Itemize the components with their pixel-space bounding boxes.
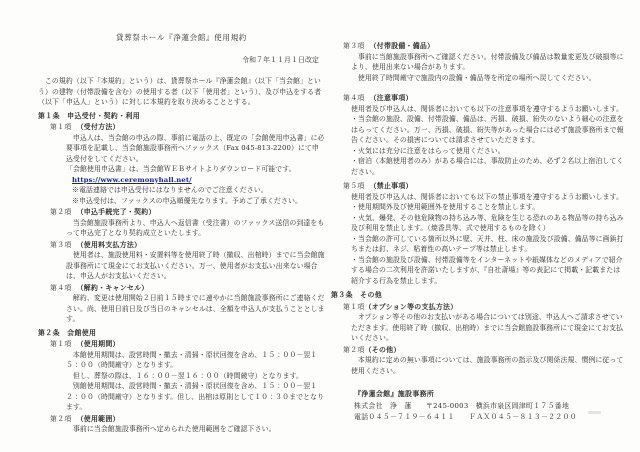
article3-heading: 第３条 その他 — [331, 290, 624, 301]
clause-title: （注意事項） — [370, 94, 413, 102]
clause-heading: 第２項（使用範囲） — [38, 414, 325, 425]
article1-heading: 第１条 申込受付・契約・利用 — [38, 111, 325, 122]
paragraph: 当会館施設事務所より、申込人へ返信書（受注書）のファックス送信の到達をもって申込… — [66, 218, 325, 239]
clause-heading: 第４項（解約・キャンセル） — [38, 283, 325, 294]
clause-payment: 第３項（使用料支払方法） 使用者は、施設使用料・安置料等を使用終了時（撤収、出棺… — [38, 240, 325, 282]
clause-label: 第２項 — [50, 415, 72, 423]
revision-date: 令和７年１１月１日改定 — [38, 55, 325, 66]
article2-heading: 第２条 会館使用 — [38, 328, 325, 339]
clause-heading: 第２項（申込手続完了・契約） — [38, 207, 325, 218]
clause-title: （使用料支払方法） — [77, 241, 142, 249]
clause-label: 第１項 — [50, 340, 72, 348]
clause-label: 第５項 — [343, 182, 365, 190]
paragraph: 「会館使用申込書」は、当会館ＷＥＢサイトよりダウンロード可能です。 — [66, 164, 325, 175]
clause-label: 第１項 — [50, 123, 72, 131]
clause-title: （オプション等の支払方法） — [365, 303, 458, 311]
clause-cancel: 第４項（解約・キャンセル） 解約、変更は使用開始２日前１５時までに速やかに当館施… — [38, 283, 325, 325]
bullet-item: ・宿泊（本館使用者のみ）がある場合には、事故防止のため、必ず２名以上宿泊してくだ… — [351, 156, 624, 177]
page-title: 貸葬祭ホール『浄蓮会館』使用規約 — [38, 33, 325, 44]
clause-title: （その他） — [365, 346, 401, 354]
scan-artifact — [588, 411, 601, 414]
office-name: 『浄蓮会館』施設事務所 — [354, 389, 624, 400]
right-column: 第３項（付帯設備・備品） 事前に当館施設事務所へご確認ください。付帯設備及び備品… — [331, 40, 624, 423]
paragraph: 事前に当館施設事務所へご確認ください。付帯設備及び備品は数量変更及び破損等により… — [351, 52, 624, 73]
bullet-item: ・使用期間外及び使用範囲外を使用することを禁止します。 — [351, 202, 624, 213]
paragraph: 使用者は、施設使用料・安置料等を使用終了時（撤収、出棺時）までに当会館施設事務所… — [66, 250, 325, 282]
intro-paragraph: この規約（以下「本規約」という）は、貸葬祭ホール『浄蓮会館』（以下「当会館」とい… — [38, 76, 325, 108]
paragraph: 本館使用期間は、設営時間・撤去・清掃・原状回復を含め、１５：００－翌１５：００（… — [66, 350, 325, 371]
clause-usage-period: 第１項（使用期間） 本館使用期間は、設営時間・撤去・清掃・原状回復を含め、１５：… — [38, 339, 325, 413]
phone-fax: 電話０４５－７１９－６４１１ ＦＡＸ０４５－８１３－２２００ — [354, 412, 624, 423]
note-phone: ※電話連絡では申込受付にはなりませんのでご注意ください。 — [66, 185, 325, 196]
clause-misc: 第２項（その他） 本規約に定めの無い事項については、施設事務所の指示及び関係法規… — [331, 345, 624, 377]
clause-heading: 第１項（オプション等の支払方法） — [331, 302, 624, 313]
bullet-item: ・当会館の施設及び設備、付帯設備等をインターネットや紙媒体などのメディアで紹介す… — [351, 255, 624, 287]
paragraph: 申込人は、当会館の申込の際、事前に電話の上、既定の「会館使用申込書」に必要事項を… — [66, 133, 325, 165]
clause-title: （使用期間） — [77, 340, 120, 348]
clause-reception: 第１項（受付方法） 申込人は、当会館の申込の際、事前に電話の上、既定の「会館使用… — [38, 122, 325, 206]
paragraph: 但し、葬祭の際は、１６：００－翌１６：００（時間厳守）となります。 — [66, 371, 325, 382]
website-link[interactable]: https://www.ceremonyhall.net/ — [72, 176, 192, 184]
clause-label: 第１項 — [343, 303, 365, 311]
clause-heading: 第３項（付帯設備・備品） — [331, 41, 624, 52]
left-column: 貸葬祭ホール『浄蓮会館』使用規約 令和７年１１月１日改定 この規約（以下「本規約… — [38, 33, 325, 435]
clause-label: 第３項 — [50, 241, 72, 249]
clause-usage-area: 第２項（使用範囲） 事前に当会館施設事務所へ定められた使用範囲をご確認下さい。 — [38, 414, 325, 435]
document-page: 貸葬祭ホール『浄蓮会館』使用規約 令和７年１１月１日改定 この規約（以下「本規約… — [0, 0, 640, 452]
clause-label: 第２項 — [50, 208, 72, 216]
company-address: 株式会社 浄 蓮 〒245-0003 横浜市泉区岡津町１７５番地 — [354, 401, 624, 412]
paragraph: 使用者及び申込人は、関係者においても以下の注意事項を遵守するようお願いします。 — [351, 104, 624, 115]
clause-heading: 第４項（注意事項） — [331, 93, 624, 104]
bullet-item: ・火気には充分に注意をはらって使用ください。 — [351, 146, 624, 157]
clause-label: 第２項 — [343, 346, 365, 354]
clause-label: 第４項 — [50, 284, 72, 292]
bullet-item: ・当会館の施設、設備、付帯設備、備品は、汚損、破損、紛失のないよう細心の注意をは… — [351, 114, 624, 146]
paragraph: 本規約に定めの無い事項については、施設事務所の指示及び関係法規、慣例に従って使用… — [351, 355, 624, 376]
clause-prohibitions: 第５項（禁止事項） 使用者及び申込人は、関係者においても以下の禁止事項を遵守する… — [331, 181, 624, 286]
paragraph: オプション等その他のお支払いがある場合については別途、申込人へご請求させていただ… — [351, 312, 624, 344]
clause-equipment: 第３項（付帯設備・備品） 事前に当館施設事務所へご確認ください。付帯設備及び備品… — [331, 41, 624, 83]
clause-heading: 第１項（使用期間） — [38, 339, 325, 350]
clause-contract: 第２項（申込手続完了・契約） 当会館施設事務所より、申込人へ返信書（受注書）のフ… — [38, 207, 325, 239]
paragraph: 解約、変更は使用開始２日前１５時までに速やかに当館施設事務所にご連絡ください。尚… — [66, 293, 325, 325]
clause-cautions: 第４項（注意事項） 使用者及び申込人は、関係者においても以下の注意事項を遵守する… — [331, 93, 624, 177]
clause-heading: 第５項（禁止事項） — [331, 181, 624, 192]
clause-heading: 第２項（その他） — [331, 345, 624, 356]
clause-option-payment: 第１項（オプション等の支払方法） オプション等その他のお支払いがある場合について… — [331, 302, 624, 344]
bullet-item: ・火気、爆発、その他危険物の持ち込み等、危険を生じる恐れのある物品等の持ち込み及… — [351, 213, 624, 234]
paragraph: 使用終了時間厳守で施設内の設備・備品等を所定の場所へ戻してください。 — [351, 73, 624, 84]
clause-heading: 第１項（受付方法） — [38, 122, 325, 133]
clause-title: （申込手続完了・契約） — [77, 208, 156, 216]
note-fax-priority: ※申込受付は、ファックスの申込順優先なります。予めご了承ください。 — [66, 196, 325, 207]
clause-title: （付帯設備・備品） — [370, 42, 435, 50]
office-contact-block: 『浄蓮会館』施設事務所 株式会社 浄 蓮 〒245-0003 横浜市泉区岡津町１… — [331, 389, 624, 423]
paragraph: 使用者及び申込人は、関係者においても以下の禁止事項を遵守するようお願いします。 — [351, 192, 624, 203]
bullet-item: ・当会館の許可している箇所以外に壁、天井、柱、床の施設及び設備、備品等に画鋲打ち… — [351, 234, 624, 255]
paragraph: 事前に当会館施設事務所へ定められた使用範囲をご確認下さい。 — [66, 424, 325, 435]
clause-title: （禁止事項） — [370, 182, 413, 190]
paragraph: 別館使用期間は、設営時間・撤去・清掃・原状回復を含め、１５：００－翌１２：００（… — [66, 381, 325, 413]
clause-heading: 第３項（使用料支払方法） — [38, 240, 325, 251]
clause-title: （受付方法） — [77, 123, 120, 131]
clause-title: （使用範囲） — [77, 415, 120, 423]
clause-title: （解約・キャンセル） — [77, 284, 149, 292]
clause-label: 第４項 — [343, 94, 365, 102]
clause-label: 第３項 — [343, 42, 365, 50]
